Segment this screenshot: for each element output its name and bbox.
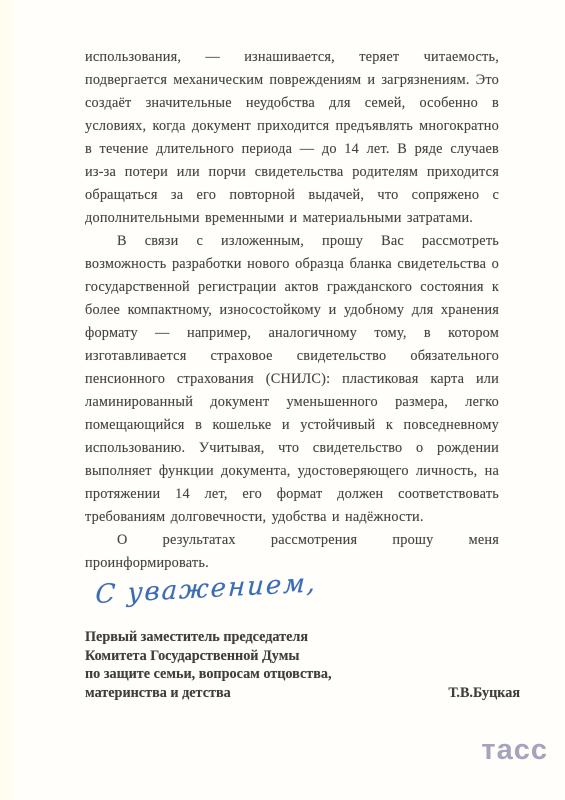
signatory-name: Т.В.Буцкая <box>448 684 520 703</box>
tass-logo-watermark: тасс <box>481 737 548 763</box>
signatory-title-line-1: Первый заместитель председателя <box>85 628 499 647</box>
signatory-title-line-2: Комитета Государственной Думы <box>85 647 499 666</box>
signatory-title-line-4: материнства и детства <box>85 684 499 703</box>
scanned-letter-page: использования, — изнашивается, теряет чи… <box>0 0 565 800</box>
signature-block: Первый заместитель председателя Комитета… <box>85 628 499 702</box>
signatory-title-line-3: по защите семьи, вопросам отцовства, <box>85 665 499 684</box>
letter-paragraph-2: В связи с изложенным, прошу Вас рассмотр… <box>85 230 499 529</box>
letter-body: использования, — изнашивается, теряет чи… <box>85 46 499 702</box>
letter-paragraph-1: использования, — изнашивается, теряет чи… <box>85 46 499 230</box>
